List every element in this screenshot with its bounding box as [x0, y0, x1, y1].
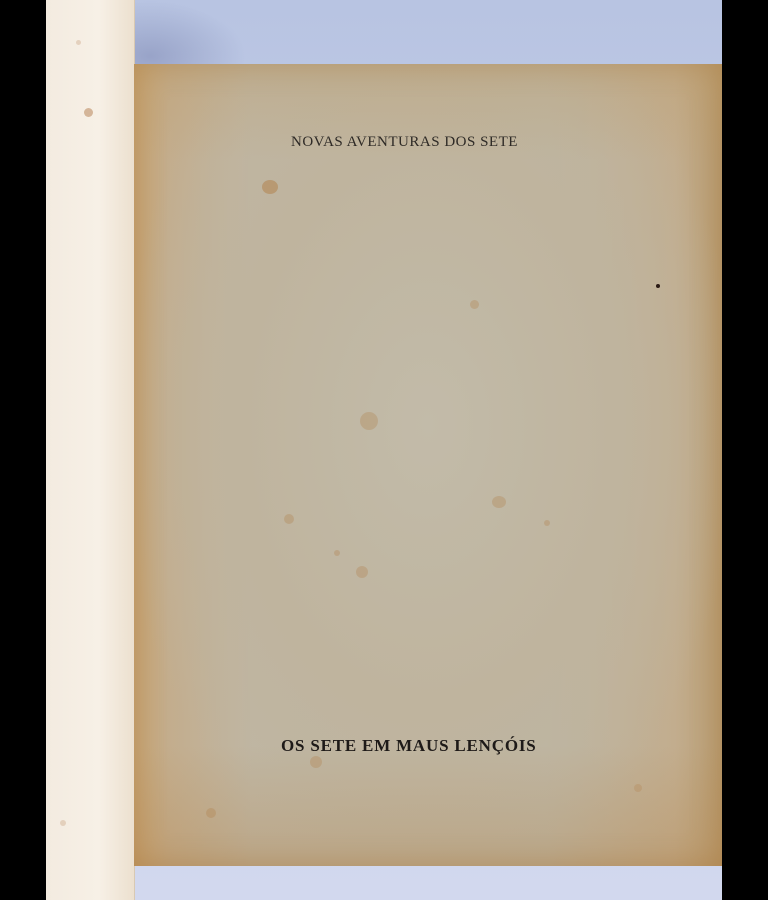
foxing-spot — [634, 784, 642, 792]
book-photo: NOVAS AVENTURAS DOS SETE OS SETE EM MAUS… — [46, 0, 722, 900]
foxing-spot — [284, 514, 294, 524]
foxing-spot — [470, 300, 479, 309]
foxing-spot — [334, 550, 340, 556]
foxing-spot — [310, 756, 322, 768]
foxing-spot — [262, 180, 278, 194]
foxing-spot — [492, 496, 506, 508]
book-title-text: OS SETE EM MAUS LENÇÓIS — [281, 736, 537, 756]
stain — [60, 820, 66, 826]
stain — [84, 108, 93, 117]
foxing-spot — [360, 412, 378, 430]
foxing-spot — [356, 566, 368, 578]
title-page: NOVAS AVENTURAS DOS SETE OS SETE EM MAUS… — [134, 64, 722, 866]
left-page-edge — [46, 0, 135, 900]
ink-speck — [656, 284, 660, 288]
shadow — [126, 0, 246, 70]
foxing-spot — [544, 520, 550, 526]
stain — [76, 40, 81, 45]
foxing-spot — [206, 808, 216, 818]
series-title-text: NOVAS AVENTURAS DOS SETE — [291, 134, 518, 151]
